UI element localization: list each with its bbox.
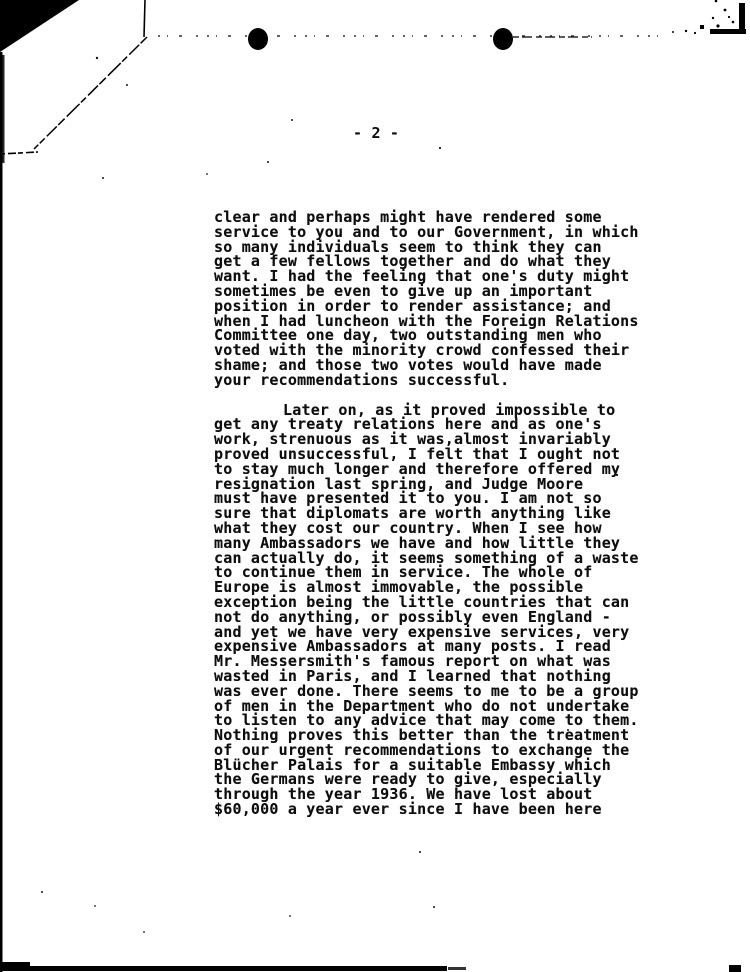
left-edge-shadow	[0, 52, 3, 972]
staple-mark	[672, 0, 746, 34]
crease-line-vertical	[144, 0, 145, 37]
scanned-letter-page: - 2 - clear and perhaps might have rende…	[0, 0, 750, 972]
letter-paragraph-1: clear and perhaps might have rendered so…	[214, 210, 654, 388]
page-number: - 2 -	[353, 124, 399, 142]
crease-line-horizontal	[0, 152, 38, 154]
letter-body: clear and perhaps might have rendered so…	[214, 210, 654, 817]
punch-hole-right	[493, 28, 513, 50]
punch-hole-left	[248, 28, 268, 50]
folded-corner	[0, 0, 79, 52]
left-edge-shadow-speckle	[0, 55, 5, 163]
crease-line-diagonal	[34, 37, 147, 149]
scanner-edge-bottom	[0, 962, 741, 972]
letter-paragraph-2: Later on, as it proved impossible to get…	[214, 403, 654, 817]
